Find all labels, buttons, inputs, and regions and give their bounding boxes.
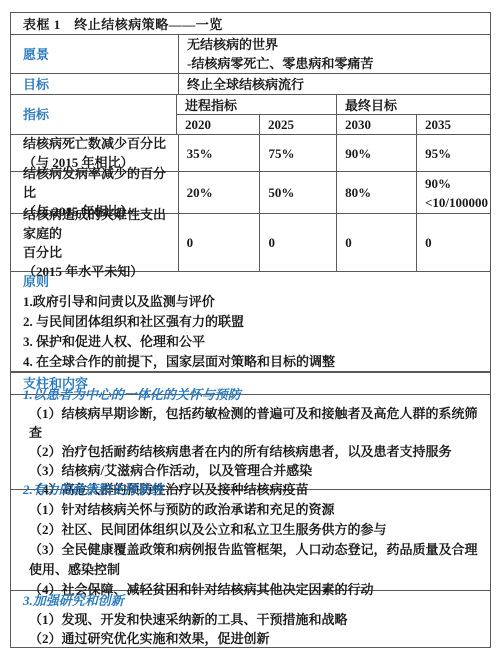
pillar-2-item-3: （3）全民健康覆盖政策和病例报告监管框架，人口动态登记，药品质量及合理使用、感染…	[23, 540, 482, 580]
vision-row: 愿景 无结核病的世界 -结核病零死亡、零患病和零痛苦	[11, 34, 490, 73]
goal-value: 终止全球结核病流行	[178, 74, 490, 94]
pillar-3-heading: 3.加强研究和创新	[23, 591, 482, 610]
costs-2035-value: 0	[416, 214, 490, 271]
vision-label: 愿景	[11, 35, 178, 73]
pillar-1-section: 1.以患者为中心的一体化的关怀与预防 （1）结核病早期诊断，包括药敏检测的普遍可…	[11, 394, 490, 489]
document-page: 表框 1 终止结核病策略——一览 愿景 无结核病的世界 -结核病零死亡、零患病和…	[0, 0, 500, 664]
deaths-2035-value: 95%	[416, 135, 490, 171]
table-row-catastrophic-costs: 结核病造成的灾难性支出家庭的 百分比 （2015 年水平未知） 0 0 0 0	[11, 213, 490, 271]
pillar-2-item-1: （1）针对结核病关怀与预防的政治承诺和充足的资源	[23, 500, 482, 520]
pillar-3-section: 3.加强研究和创新 （1）发现、开发和快速采纳新的工具、干预措施和战略 （2）通…	[11, 590, 490, 647]
goal-label: 目标	[11, 74, 178, 94]
year-2035-header: 2035	[416, 115, 490, 134]
principle-item-1: 1.政府引导和问责以及监测与评价	[23, 292, 482, 312]
deaths-2025-value: 75%	[259, 135, 336, 171]
incidence-2030-value: 80%	[336, 172, 416, 213]
year-2030-header: 2030	[336, 115, 416, 134]
pillar-2-item-2: （2）社区、民间团体组织以及公立和私立卫生服务供方的参与	[23, 520, 482, 540]
year-2025-header: 2025	[259, 115, 336, 134]
catastrophic-costs-label: 结核病造成的灾难性支出家庭的 百分比 （2015 年水平未知）	[11, 214, 178, 271]
costs-2030-value: 0	[336, 214, 416, 271]
pillar-1-item-1: （1）结核病早期诊断，包括药敏检测的普遍可及和接触者及高危人群的系统筛查	[23, 404, 482, 442]
deaths-2030-value: 90%	[336, 135, 416, 171]
indicator-groups-row: 进程指标 最终目标	[177, 95, 490, 114]
principle-item-2: 2. 与民间团体组织和社区强有力的联盟	[23, 312, 482, 332]
pillar-1-item-3: （3）结核病/艾滋病合作活动，以及管理合并感染	[23, 461, 482, 480]
progress-indicators-header: 进程指标	[177, 95, 336, 114]
principles-section: 原则 1.政府引导和问责以及监测与评价 2. 与民间团体组织和社区强有力的联盟 …	[11, 271, 490, 371]
incidence-2020-value: 20%	[178, 172, 260, 213]
table-title: 表框 1 终止结核病策略——一览	[11, 13, 490, 34]
pillar-2-heading: 2.有力的政策和支持系统	[23, 480, 482, 500]
costs-2025-value: 0	[259, 214, 336, 271]
pillar-1-item-2: （2）治疗包括耐药结核病患者在内的所有结核病患者，以及患者支持服务	[23, 442, 482, 461]
principles-label: 原则	[23, 272, 482, 292]
pillar-3-item-2: （2）通过研究优化实施和效果，促进创新	[23, 629, 482, 648]
final-targets-header: 最终目标	[336, 95, 490, 114]
pillar-3-item-1: （1）发现、开发和快速采纳新的工具、干预措施和战略	[23, 610, 482, 629]
vision-line-1: 无结核病的世界	[187, 35, 484, 54]
goal-row: 目标 终止全球结核病流行	[11, 73, 490, 94]
pillar-1-heading: 1.以患者为中心的一体化的关怀与预防	[23, 385, 482, 404]
table-title-row: 表框 1 终止结核病策略——一览	[11, 13, 490, 34]
year-header-row: 2020 2025 2030 2035	[177, 114, 490, 134]
indicators-header-grid: 进程指标 最终目标 2020 2025 2030 2035	[176, 95, 490, 134]
pillar-2-section: 2.有力的政策和支持系统 （1）针对结核病关怀与预防的政治承诺和充足的资源 （2…	[11, 489, 490, 590]
vision-value: 无结核病的世界 -结核病零死亡、零患病和零痛苦	[178, 35, 490, 73]
principle-item-3: 3. 保护和促进人权、伦理和公平	[23, 332, 482, 352]
indicators-label: 指标	[11, 95, 176, 134]
principle-item-4: 4. 在全球合作的前提下，国家层面对策略和目标的调整	[23, 352, 482, 372]
indicators-header-row: 指标 进程指标 最终目标 2020 2025 2030 2035	[11, 94, 490, 134]
incidence-2035-value: 90% <10/100000	[416, 172, 490, 213]
year-2020-header: 2020	[177, 115, 259, 134]
end-tb-strategy-table: 表框 1 终止结核病策略——一览 愿景 无结核病的世界 -结核病零死亡、零患病和…	[10, 12, 491, 648]
incidence-2025-value: 50%	[259, 172, 336, 213]
vision-line-2: -结核病零死亡、零患病和零痛苦	[187, 54, 484, 73]
costs-2020-value: 0	[178, 214, 260, 271]
deaths-2020-value: 35%	[178, 135, 260, 171]
